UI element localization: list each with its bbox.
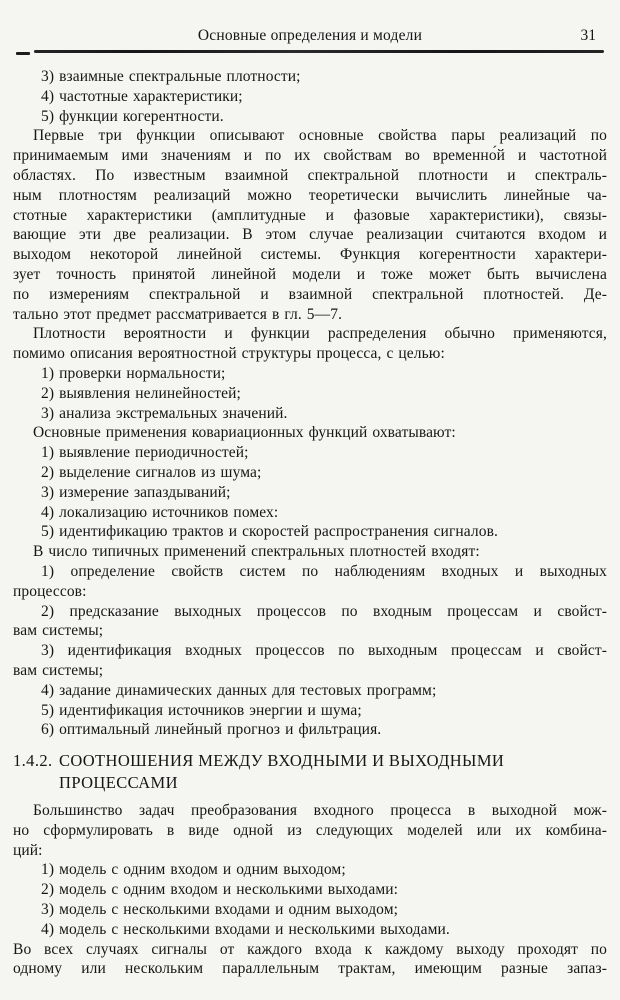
text-line: одному или нескольким параллельным тракт…: [13, 959, 607, 979]
text-line: стотные характеристики (амплитудные и фа…: [13, 206, 607, 226]
page-header: Основные определения и модели 31: [0, 0, 620, 47]
text-line: 1) определение свойств систем по наблюде…: [13, 562, 607, 582]
text-line: Первые три функции описывают основные св…: [13, 126, 607, 146]
text-line: выходом некоторой линейной системы. Функ…: [13, 245, 607, 265]
text-line: 3) модель с несколькими входами и одним …: [13, 900, 607, 920]
text-line: вам системы;: [13, 621, 607, 641]
text-line: областях. По известным взаимной спектрал…: [13, 166, 607, 186]
section-title-line-2: ПРОЦЕССАМИ: [59, 773, 178, 792]
text-line: 4) частотные характеристики;: [13, 87, 607, 107]
body-block-top: 3) взаимные спектральные плотности;4) ча…: [13, 67, 607, 740]
text-line: 4) задание динамических данных для тесто…: [13, 681, 607, 701]
text-line: вам системы;: [13, 661, 607, 681]
text-line: 4) локализацию источников помех:: [13, 503, 607, 523]
book-page: Основные определения и модели 31 3) взаи…: [0, 0, 620, 1000]
text-line: зует точность принятой линейной модели и…: [13, 265, 607, 285]
text-line: 5) идентификацию трактов и скоростей рас…: [13, 522, 607, 542]
text-line: вающие эти две реализации. В этом случае…: [13, 225, 607, 245]
text-line: В число типичных применений спектральных…: [13, 542, 607, 562]
text-line: процессов:: [13, 582, 607, 602]
section-heading: 1.4.2. СООТНОШЕНИЯ МЕЖДУ ВХОДНЫМИ И ВЫХО…: [13, 750, 607, 793]
text-line: 2) модель с одним входом и несколькими в…: [13, 880, 607, 900]
running-title: Основные определения и модели: [198, 25, 422, 47]
text-line: Плотности вероятности и функции распреде…: [13, 324, 607, 344]
text-line: ций:: [13, 841, 607, 861]
text-line: 5) функции когерентности.: [13, 107, 607, 127]
text-line: 5) идентификация источников энергии и шу…: [13, 701, 607, 721]
text-line: 2) предсказание выходных процессов по вх…: [13, 602, 607, 622]
text-line: но сформулировать в виде одной из следую…: [13, 821, 607, 841]
text-line: ным плотностям реализаций можно теоретич…: [13, 186, 607, 206]
text-line: 3) взаимные спектральные плотности;: [13, 67, 607, 87]
text-line: 1) модель с одним входом и одним выходом…: [13, 860, 607, 880]
body-block-bottom: Большинство задач преобразования входног…: [13, 801, 607, 979]
text-line: 1) проверки нормальности;: [13, 364, 607, 384]
header-rule: [14, 48, 606, 56]
text-line: принимаемым ими значениям и по их свойст…: [13, 146, 607, 166]
text-line: помимо описания вероятностной структуры …: [13, 344, 607, 364]
text-line: тально этот предмет рассматривается в гл…: [13, 305, 607, 325]
page-content: 3) взаимные спектральные плотности;4) ча…: [13, 67, 607, 979]
text-line: Основные применения ковариационных функц…: [13, 423, 607, 443]
text-line: 6) оптимальный линейный прогноз и фильтр…: [13, 720, 607, 740]
section-number: 1.4.2.: [13, 750, 59, 793]
text-line: 3) измерение запаздываний;: [13, 483, 607, 503]
text-line: 3) анализа экстремальных значений.: [13, 404, 607, 424]
text-line: 2) выделение сигналов из шума;: [13, 463, 607, 483]
text-line: Во всех случаях сигналы от каждого входа…: [13, 940, 607, 960]
text-line: 3) идентификация входных процессов по вы…: [13, 641, 607, 661]
text-line: 2) выявления нелинейностей;: [13, 384, 607, 404]
text-line: Большинство задач преобразования входног…: [13, 801, 607, 821]
text-line: по измерениям спектральной и взаимной сп…: [13, 285, 607, 305]
page-number: 31: [581, 25, 597, 47]
text-line: 1) выявление периодичностей;: [13, 443, 607, 463]
header-rule-line: [34, 50, 604, 53]
text-line: 4) модель с несколькими входами и нескол…: [13, 920, 607, 940]
section-title-line-1: СООТНОШЕНИЯ МЕЖДУ ВХОДНЫМИ И ВЫХОДНЫМИ: [59, 751, 504, 770]
section-title: СООТНОШЕНИЯ МЕЖДУ ВХОДНЫМИ И ВЫХОДНЫМИ П…: [59, 750, 607, 793]
header-rule-dash: [16, 52, 30, 55]
